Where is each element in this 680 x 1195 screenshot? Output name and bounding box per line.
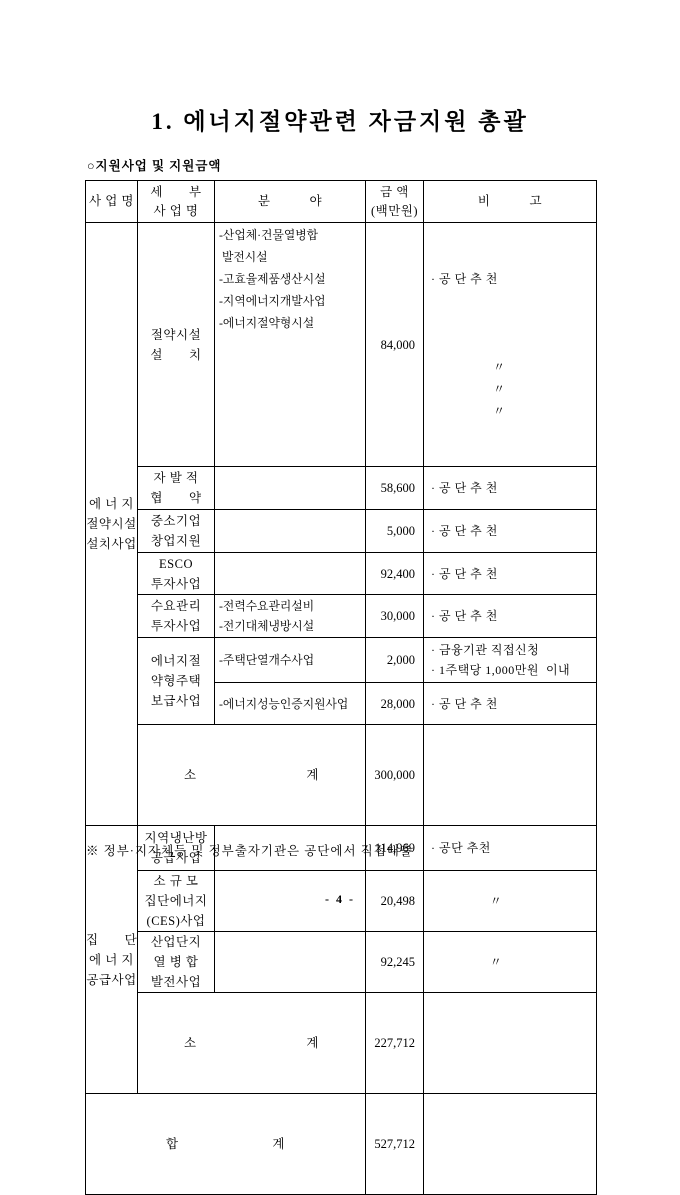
header-note: 비 고 — [424, 181, 597, 223]
subtotal-label-left: 소 — [184, 765, 197, 785]
total-label-right: 계 — [272, 1134, 285, 1154]
cell-sub-program: ESCO 투자사업 — [138, 553, 215, 595]
cell-note: · 금융기관 직접신청 · 1주택당 1,000만원 이내 — [424, 638, 597, 683]
table-row: 수요관리 투자사업 -전력수요관리설비 -전기대체냉방시설 30,000 · 공… — [86, 595, 597, 638]
total-note — [424, 1094, 597, 1195]
page-number: - 4 - — [0, 892, 680, 907]
table-row: 중소기업 창업지원 5,000 · 공 단 추 천 — [86, 510, 597, 553]
document-page: 1. 에너지절약관련 자금지원 총괄 ○지원사업 및 지원금액 사 업 명 세 … — [0, 0, 680, 962]
table-header-row: 사 업 명 세 부 사 업 명 분 야 금 액 (백만원) 비 고 — [86, 181, 597, 223]
cell-field: -주택단열개수사업 — [215, 638, 366, 683]
subtotal-row: 소 계 227,712 — [86, 993, 597, 1094]
subtotal-label-left: 소 — [184, 1033, 197, 1053]
cell-sub-program: 에너지절 약형주택 보급사업 — [138, 638, 215, 725]
cell-field — [215, 467, 366, 510]
note-text: · 공 단 추 천 — [431, 268, 596, 290]
cell-note: · 공 단 추 천 — [424, 595, 597, 638]
cell-sub-program: 산업단지 열 병 합 발전사업 — [138, 932, 215, 993]
cell-sub-program: 자 발 적 협 약 — [138, 467, 215, 510]
footnote: ※ 정부·지자체등 및 정부출자기관은 공단에서 직접대출 — [86, 841, 413, 859]
table-row: ESCO 투자사업 92,400 · 공 단 추 천 — [86, 553, 597, 595]
table-row: 에 너 지 절약시설 설치사업 절약시설 설 치 -산업체·건물열병합 발전시설… — [86, 223, 597, 467]
cell-amount: 5,000 — [366, 510, 424, 553]
subtotal-amount: 300,000 — [366, 725, 424, 826]
cell-amount: 30,000 — [366, 595, 424, 638]
page-title: 1. 에너지절약관련 자금지원 총괄 — [0, 103, 680, 136]
total-amount: 527,712 — [366, 1094, 424, 1195]
cell-amount: 92,245 — [366, 932, 424, 993]
table-row: 산업단지 열 병 합 발전사업 92,245 〃 — [86, 932, 597, 993]
cell-field: -에너지성능인증지원사업 — [215, 683, 366, 725]
cell-amount: 2,000 — [366, 638, 424, 683]
funding-summary-table: 사 업 명 세 부 사 업 명 분 야 금 액 (백만원) 비 고 에 너 지 … — [85, 180, 597, 1195]
table-row: 에너지절 약형주택 보급사업 -주택단열개수사업 2,000 · 금융기관 직접… — [86, 638, 597, 683]
subtotal-label-right: 계 — [306, 765, 319, 785]
cell-field — [215, 932, 366, 993]
subtotal-row: 소 계 300,000 — [86, 725, 597, 826]
section1-program-name: 에 너 지 절약시설 설치사업 — [86, 223, 138, 826]
subtotal-note — [424, 725, 597, 826]
cell-amount: 92,400 — [366, 553, 424, 595]
section-subtitle: ○지원사업 및 지원금액 — [87, 156, 221, 174]
header-program: 사 업 명 — [86, 181, 138, 223]
cell-note: · 공 단 추 천 — [424, 467, 597, 510]
cell-note: · 공 단 추 천 — [424, 510, 597, 553]
subtotal-label: 소 계 — [138, 725, 366, 826]
cell-note: · 공단 추천 — [424, 826, 597, 871]
header-sub-program: 세 부 사 업 명 — [138, 181, 215, 223]
header-field: 분 야 — [215, 181, 366, 223]
cell-field — [215, 510, 366, 553]
subtotal-label: 소 계 — [138, 993, 366, 1094]
total-label-left: 합 — [166, 1134, 179, 1154]
cell-note: · 공 단 추 천 〃 〃 〃 — [424, 223, 597, 467]
cell-sub-program: 중소기업 창업지원 — [138, 510, 215, 553]
header-amount: 금 액 (백만원) — [366, 181, 424, 223]
total-label: 합 계 — [86, 1094, 366, 1195]
ditto-marks: 〃 〃 〃 — [431, 356, 596, 422]
cell-amount: 84,000 — [366, 223, 424, 467]
cell-field — [215, 553, 366, 595]
subtotal-note — [424, 993, 597, 1094]
table-row: 자 발 적 협 약 58,600 · 공 단 추 천 — [86, 467, 597, 510]
cell-amount: 58,600 — [366, 467, 424, 510]
cell-note: · 공 단 추 천 — [424, 683, 597, 725]
cell-sub-program: 절약시설 설 치 — [138, 223, 215, 467]
total-row: 합 계 527,712 — [86, 1094, 597, 1195]
cell-amount: 28,000 — [366, 683, 424, 725]
cell-note: · 공 단 추 천 — [424, 553, 597, 595]
section2-program-name: 집 단 에 너 지 공급사업 — [86, 826, 138, 1094]
cell-sub-program: 수요관리 투자사업 — [138, 595, 215, 638]
subtotal-label-right: 계 — [306, 1033, 319, 1053]
cell-field: -산업체·건물열병합 발전시설 -고효율제품생산시설 -지역에너지개발사업 -에… — [215, 223, 366, 467]
subtotal-amount: 227,712 — [366, 993, 424, 1094]
cell-note-ditto: 〃 — [424, 932, 597, 993]
cell-field: -전력수요관리설비 -전기대체냉방시설 — [215, 595, 366, 638]
